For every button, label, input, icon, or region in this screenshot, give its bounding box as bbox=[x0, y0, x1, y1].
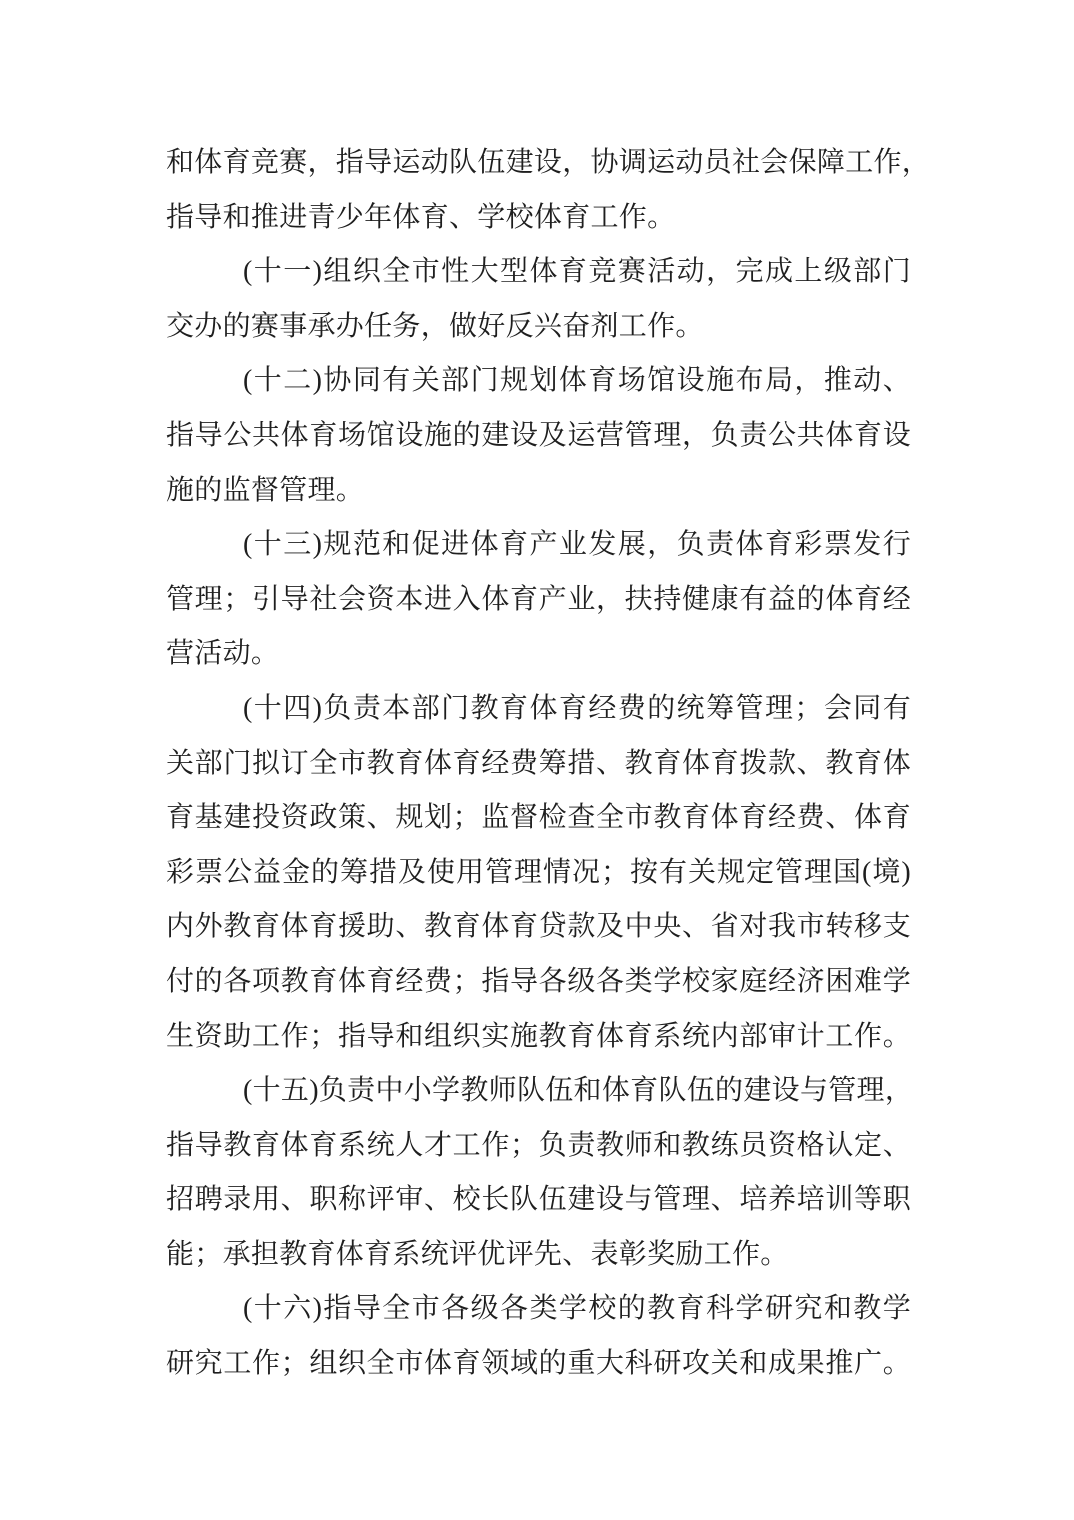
text-line: (十四)负责本部门教育体育经费的统筹管理；会同有 bbox=[166, 682, 911, 737]
document-page: 和体育竞赛，指导运动队伍建设，协调运动员社会保障工作，指导和推进青少年体育、学校… bbox=[0, 0, 1074, 1520]
text-line: 指导公共体育场馆设施的建设及运营管理，负责公共体育设 bbox=[166, 409, 911, 464]
text-line: 管理；引导社会资本进入体育产业，扶持健康有益的体育经 bbox=[166, 573, 911, 628]
text-line: 育基建投资政策、规划；监督检查全市教育体育经费、体育 bbox=[166, 791, 911, 846]
text-line: (十一)组织全市性大型体育竞赛活动，完成上级部门 bbox=[166, 245, 911, 300]
text-line: 研究工作；组织全市体育领域的重大科研攻关和成果推广。 bbox=[166, 1337, 911, 1392]
text-line: 关部门拟订全市教育体育经费筹措、教育体育拨款、教育体 bbox=[166, 737, 911, 792]
text-line: (十六)指导全市各级各类学校的教育科学研究和教学 bbox=[166, 1282, 911, 1337]
text-line: 营活动。 bbox=[166, 627, 911, 682]
text-line: 内外教育体育援助、教育体育贷款及中央、省对我市转移支 bbox=[166, 900, 911, 955]
text-line: 指导教育体育系统人才工作；负责教师和教练员资格认定、 bbox=[166, 1119, 911, 1174]
text-line: 能；承担教育体育系统评优评先、表彰奖励工作。 bbox=[166, 1228, 911, 1283]
text-line: 生资助工作；指导和组织实施教育体育系统内部审计工作。 bbox=[166, 1010, 911, 1065]
text-line: 付的各项教育体育经费；指导各级各类学校家庭经济困难学 bbox=[166, 955, 911, 1010]
text-line: (十三)规范和促进体育产业发展，负责体育彩票发行 bbox=[166, 518, 911, 573]
text-line: 招聘录用、职称评审、校长队伍建设与管理、培养培训等职 bbox=[166, 1173, 911, 1228]
document-body: 和体育竞赛，指导运动队伍建设，协调运动员社会保障工作，指导和推进青少年体育、学校… bbox=[166, 136, 911, 1392]
text-line: (十二)协同有关部门规划体育场馆设施布局，推动、 bbox=[166, 354, 911, 409]
text-line: (十五)负责中小学教师队伍和体育队伍的建设与管理， bbox=[166, 1064, 911, 1119]
text-line: 和体育竞赛，指导运动队伍建设，协调运动员社会保障工作， bbox=[166, 136, 911, 191]
text-line: 彩票公益金的筹措及使用管理情况；按有关规定管理国(境) bbox=[166, 846, 911, 901]
text-line: 指导和推进青少年体育、学校体育工作。 bbox=[166, 191, 911, 246]
text-line: 施的监督管理。 bbox=[166, 464, 911, 519]
text-line: 交办的赛事承办任务，做好反兴奋剂工作。 bbox=[166, 300, 911, 355]
